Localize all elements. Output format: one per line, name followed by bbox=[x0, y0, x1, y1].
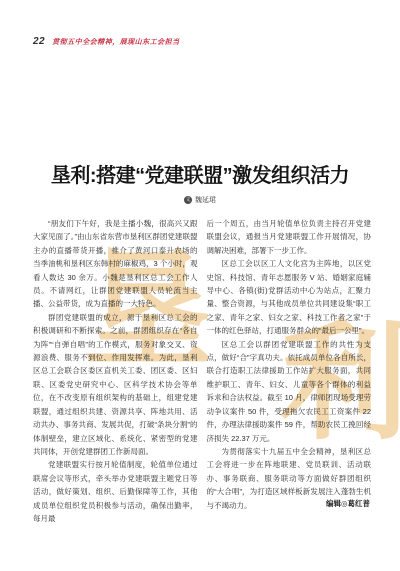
paragraph: 党建联盟实行按月轮值制度，轮值单位通过联席会议等形式，牵头举办党建联盟主题党日等… bbox=[33, 458, 198, 525]
header-slogan: 贯彻五中全会精神，展现山东工会担当 bbox=[52, 37, 180, 47]
magazine-page: 22 贯彻五中全会精神，展现山东工会担当 垦 利 垦利:搭建“党建联盟”激发组织… bbox=[0, 0, 400, 571]
article-body: “朋友们下午好，我是主播小魏，很高兴又跟大家见面了。”由山东省东营市垦利区群团党… bbox=[33, 217, 371, 525]
page-number: 22 bbox=[33, 36, 45, 47]
right-column: 后一个周五，由当月轮值单位负责主持召开党建联盟会议，通报当月党建联盟工作开展情况… bbox=[207, 217, 372, 525]
author-name: 魏延珺 bbox=[195, 195, 216, 205]
left-column: “朋友们下午好，我是主播小魏，很高兴又跟大家见面了。”由山东省东营市垦利区群团党… bbox=[33, 217, 198, 525]
paragraph: 区总工会以群团党建联盟工作的共性为支点，做好“合”字真功夫。依托成员单位各自所长… bbox=[207, 338, 372, 445]
paragraph: 后一个周五，由当月轮值单位负责主持召开党建联盟会议，通报当月党建联盟工作开展情况… bbox=[207, 217, 372, 257]
paragraph: 区总工会以区工人文化宫为主阵地，以区党史馆、科技馆、青年志愿服务 V 站、婚姻家… bbox=[207, 257, 372, 337]
article-title: 垦利:搭建“党建联盟”激发组织活力 bbox=[0, 159, 400, 188]
editor-credit: 编辑◎葛红普 bbox=[326, 498, 370, 509]
running-header: 22 贯彻五中全会精神，展现山东工会担当 bbox=[33, 36, 370, 47]
paragraph: “朋友们下午好，我是主播小魏，很高兴又跟大家见面了。”由山东省东营市垦利区群团党… bbox=[33, 217, 198, 311]
byline: 文 魏延珺 bbox=[0, 195, 400, 205]
paragraph: 群团党建联盟的成立，源于垦利区总工会的积极调研和不断探索。之前，群团组织存在“各… bbox=[33, 311, 198, 458]
author-icon: 文 bbox=[184, 196, 192, 204]
